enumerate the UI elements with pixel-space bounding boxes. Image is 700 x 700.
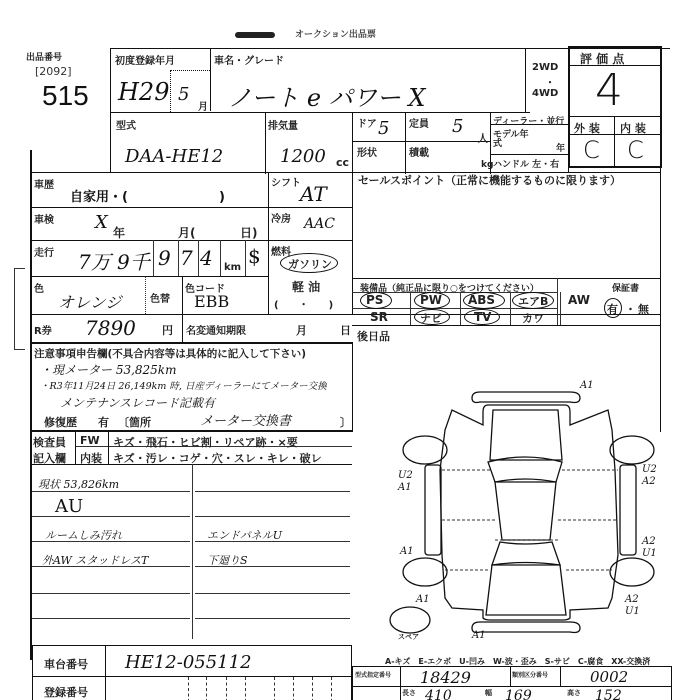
inspection-year: X xyxy=(95,212,108,233)
inspection-month-unit: 月( xyxy=(178,224,196,241)
svg-text:U2: U2 xyxy=(642,464,657,475)
interior-grade: C xyxy=(627,136,644,164)
notes-label: 注意事項申告欄(不具合内容等は具体的に記入して下さい) xyxy=(34,346,306,361)
load-unit: kg xyxy=(481,160,493,170)
name-change-day: 日 xyxy=(340,322,351,338)
svg-text:U2: U2 xyxy=(398,470,413,481)
lot-label: 出品番号 xyxy=(26,50,62,63)
chassis-number: HE12-055112 xyxy=(125,652,252,673)
drive-2wd: 2WD xyxy=(532,62,558,73)
type-cert-label: 型式指定番号 xyxy=(355,670,391,679)
inspector-note-left-2: AU xyxy=(55,496,83,517)
svg-text:A1: A1 xyxy=(399,546,414,557)
reg-month: 5 xyxy=(178,84,189,105)
width-value: 169 xyxy=(505,688,532,700)
notes-line-1: ・現メーター 53,825km xyxy=(40,361,176,378)
score-overall: 4 xyxy=(595,65,623,116)
name-change-month: 月 xyxy=(296,322,307,338)
capacity-label: 定員 xyxy=(409,115,429,130)
color-label: 色 xyxy=(34,280,44,295)
notes-line-2: ・R3年11月24日 26,149km 時, 日産ディーラーにてメーター交換 xyxy=(40,378,327,392)
registration-label: 登録番号 xyxy=(44,684,88,700)
svg-text:U1: U1 xyxy=(642,548,657,559)
header-title: オークション出品票 xyxy=(235,30,515,40)
equip-aw: AW xyxy=(568,293,590,307)
equip-sr: SR xyxy=(370,310,388,324)
car-name: ノート e パワー X xyxy=(228,78,425,113)
drive-4wd: 4WD xyxy=(532,88,558,99)
ac-value: AAC xyxy=(304,216,335,232)
model-year-label: モデル年式 xyxy=(493,131,533,149)
recycle-value: 7890 xyxy=(85,316,136,340)
equip-leather: カワ xyxy=(522,310,544,326)
displacement-label: 排気量 xyxy=(268,117,298,132)
mileage-10k: 7万 xyxy=(78,246,111,275)
inspection-year-unit: 年 xyxy=(113,224,125,241)
svg-text:A1: A1 xyxy=(579,380,594,391)
reg-year: H29 xyxy=(118,78,169,106)
inspector-note-left-1: 現状 53,826km xyxy=(38,476,119,492)
interior-check-label: 内装 xyxy=(80,450,102,466)
spare-label: スペア xyxy=(398,632,419,642)
fuel-paren: ( ・ ) xyxy=(274,296,333,311)
warranty-no: 無 xyxy=(638,301,649,317)
svg-text:A1: A1 xyxy=(415,594,430,605)
chassis-label: 車台番号 xyxy=(44,656,88,672)
mileage-flag: $ xyxy=(248,244,261,268)
lot-panel: 出品番号 [2092] 515 xyxy=(10,50,110,130)
header-title-fragment: オークション出品票 xyxy=(295,27,376,40)
warranty-yes: 有 xyxy=(607,301,618,317)
fw-label: FW xyxy=(80,434,100,447)
repair-label: 修復歴 xyxy=(44,414,77,430)
interior-items: キズ・汚レ・コゲ・穴・スレ・キレ・破レ xyxy=(113,450,322,466)
displacement-value: 1200 xyxy=(280,146,326,167)
handle-label: ハンドル 左・右 xyxy=(493,157,559,170)
dealer-label: ディーラー・並行 xyxy=(493,114,564,127)
name-grade-label: 車名・グレード xyxy=(214,52,284,67)
repair-location: メーター交換書 xyxy=(200,410,291,429)
svg-text:A1: A1 xyxy=(471,630,486,641)
category-value: 0002 xyxy=(590,668,628,686)
model-label: 型式 xyxy=(116,117,136,132)
svg-text:A2: A2 xyxy=(641,536,656,547)
lot-code: [2092] xyxy=(35,65,72,78)
svg-text:A2: A2 xyxy=(624,594,639,605)
mileage-1k: 9千 xyxy=(117,246,150,275)
shift-label: シフト xyxy=(271,174,301,189)
mileage-10: 7 xyxy=(180,246,193,270)
drive-sep: ・ xyxy=(545,74,555,89)
load-label: 積載 xyxy=(409,144,429,159)
color-change-label: 色替 xyxy=(150,290,170,305)
later-items-label: 後日品 xyxy=(357,328,390,344)
door-value: 5 xyxy=(378,118,389,139)
car-diagram: A1 U2A1 A1 A1 U2A2 A2U1 A2U1 A1 xyxy=(380,370,700,650)
inspector-label-bottom: 記入欄 xyxy=(33,450,66,466)
inspector-label-top: 検査員 xyxy=(33,434,66,450)
fuel-other: 軽 油 xyxy=(292,278,320,295)
history-value: 自家用・( ) xyxy=(70,186,225,205)
name-change-label: 名変通知期限 xyxy=(186,322,246,337)
recycle-label: R券 xyxy=(34,322,52,337)
ac-label: 冷房 xyxy=(271,210,291,225)
svg-text:A2: A2 xyxy=(641,476,656,487)
first-reg-label: 初度登録年月 xyxy=(115,52,175,67)
inspector-note-right-4: 下廻りS xyxy=(207,552,248,568)
inspector-note-left-4: 外AW スタッドレスT xyxy=(42,552,148,568)
model-value: DAA-HE12 xyxy=(125,146,223,167)
displacement-unit: cc xyxy=(336,156,349,169)
color-code-value: EBB xyxy=(194,292,229,311)
warranty-label: 保証書 xyxy=(612,281,639,294)
color-value: オレンジ xyxy=(58,290,121,313)
length-value: 410 xyxy=(425,688,452,700)
reg-month-unit: 月 xyxy=(198,98,208,113)
height-value: 152 xyxy=(595,688,622,700)
svg-text:U1: U1 xyxy=(625,606,640,617)
exterior-grade: C xyxy=(583,136,600,164)
width-label: 幅 xyxy=(485,688,492,698)
bracket-mark xyxy=(14,268,25,350)
history-label: 車歴 xyxy=(34,176,54,191)
mileage-unit: km xyxy=(224,262,241,273)
type-cert-value: 18429 xyxy=(420,668,471,687)
inspector-note-left-3: ルームしみ汚れ xyxy=(45,527,122,543)
shift-value: AT xyxy=(300,182,327,206)
repair-value: 有 xyxy=(98,414,109,430)
repair-close: 〕 xyxy=(340,414,351,430)
svg-text:A1: A1 xyxy=(397,482,412,493)
recycle-unit: 円 xyxy=(162,322,173,338)
inspection-day-unit: 日) xyxy=(240,224,258,241)
shape-label: 形状 xyxy=(357,144,377,159)
warranty-sep: ・ xyxy=(625,301,636,317)
fuel-selected: ガソリン xyxy=(288,256,332,272)
inspection-label: 車検 xyxy=(34,211,54,226)
door-label: ドア xyxy=(357,115,377,130)
capacity-unit: 人 xyxy=(478,130,488,145)
mileage-1: 4 xyxy=(200,246,213,270)
mileage-100: 9 xyxy=(158,246,171,270)
category-label: 類別区分番号 xyxy=(512,670,548,679)
sales-point-label: セールスポイント（正常に機能するものに限ります） xyxy=(358,172,621,188)
notes-line-3: メンテナンスレコード記載有 xyxy=(60,394,215,411)
mileage-label: 走行 xyxy=(34,244,54,259)
model-year-unit: 年 xyxy=(556,141,565,154)
length-label: 長さ xyxy=(402,688,416,698)
inspector-note-right-3: エンドパネルU xyxy=(207,527,282,543)
capacity-value: 5 xyxy=(452,116,463,137)
lot-number: 515 xyxy=(42,80,89,112)
repair-location-label: 〔箇所 xyxy=(118,414,151,430)
fw-items: キズ・飛石・ヒビ割・リペア跡・×要 xyxy=(113,434,298,450)
height-label: 高さ xyxy=(567,688,581,698)
